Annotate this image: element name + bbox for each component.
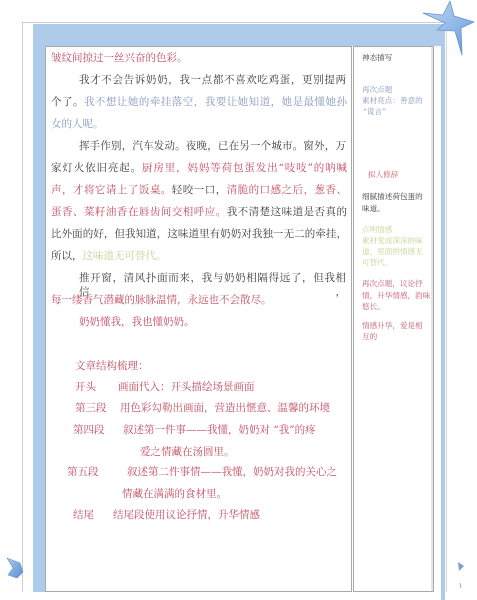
essay-line: 家灯火依旧亮起。厨房里，妈妈等荷包蛋发出“吱吱”的呐喊	[51, 161, 347, 175]
structure-row-label: 开头	[75, 380, 96, 394]
text-segment: 声，才将它请上了饭桌。	[51, 184, 172, 196]
text-segment: 这味道无可替代。	[83, 250, 167, 262]
annotation-line: 道，里面的情感无	[362, 247, 423, 257]
structure-row-label: 结尾	[73, 508, 94, 522]
essay-line: 个了。我不想让她的牵挂落空，我要让她知道，她是最懂她孙	[51, 95, 347, 109]
text-segment: 家灯火依旧亮起。	[51, 162, 142, 174]
annotation-line: 味道。	[362, 204, 385, 214]
essay-line: 每一缕香气潜藏的脉脉温情，永远也不会散尽。	[51, 293, 272, 307]
chevron-icon	[4, 552, 28, 584]
structure-title: 文章结构梳理：	[75, 359, 149, 373]
text-segment: 清脆的口感之后，葱香、	[227, 184, 347, 196]
text-segment: 个了。	[51, 96, 84, 108]
essay-line: 女的人呢。	[51, 117, 104, 131]
annotation-line: 点明情感	[362, 225, 392, 235]
text-segment: 皱纹间掠过一丝兴奋的色彩。	[51, 52, 188, 64]
structure-row-text: 结尾段使用议论抒情，升华情感	[113, 508, 260, 522]
essay-line: 推开窗，清风扑面而来，我与奶奶相隔得远了，但我相信，	[79, 271, 346, 285]
blue-frame-edge	[441, 590, 445, 600]
structure-row-text: 画面代入：开头描绘场景画面	[118, 380, 255, 394]
annotation-line: 再次点题，议论抒	[362, 279, 423, 289]
star-icon	[415, 0, 477, 60]
structure-row-text: 爱之情藏在汤圆里。	[140, 445, 235, 459]
annotation-line: 情感升华，爱是相	[362, 321, 423, 331]
essay-line: 皱纹间掠过一丝兴奋的色彩。	[51, 51, 188, 65]
essay-line: 所以，这味道无可替代。	[51, 249, 167, 263]
essay-line: 挥手作别，汽车发动。夜晚，已在另一个城市。窗外，万	[79, 139, 346, 153]
annotation-line: 再次点题	[362, 85, 392, 95]
structure-row-text: 叙述第一件事——我懂，奶奶对 “我”的疼	[123, 423, 316, 437]
text-segment: 每一缕香气潜藏的脉脉温情，永远也不会散尽。	[51, 294, 272, 306]
annotation-line: 情，升华情感，韵味	[362, 291, 430, 301]
annotation-line: 互的	[362, 332, 377, 342]
text-segment: 我才不会告诉奶奶，我一点都不喜欢吃鸡蛋，更别提两	[79, 74, 346, 86]
annotation-line: 素材变成深深的味	[362, 236, 423, 246]
triangle-icon	[455, 558, 469, 590]
annotation-line: “谎言”	[363, 107, 386, 117]
annotation-column	[353, 46, 434, 592]
structure-row-label: 第四段	[73, 423, 105, 437]
essay-line: 声，才将它请上了饭桌。轻咬一口，清脆的口感之后，葱香、	[51, 183, 347, 197]
annotation-line: 悠长。	[362, 302, 385, 312]
essay-line: 比外面的好，但我知道，这味道里有奶奶对我独一无二的牵挂，	[51, 227, 347, 241]
structure-row-text: 用色彩勾勒出画面，营造出惬意、温馨的环境	[120, 401, 330, 415]
structure-row-label: 第五段	[67, 465, 99, 479]
annotation-line: 拟人修辞	[368, 170, 398, 180]
essay-line: 蛋香、菜籽油香在唇齿间交相呼应。我不清楚这味道是否真的	[51, 205, 347, 219]
structure-row-label: 第三段	[75, 401, 107, 415]
text-segment: 轻咬一口，	[172, 184, 227, 196]
essay-line: 奶奶懂我，我也懂奶奶。	[79, 315, 195, 329]
text-segment: 我不想让她的牵挂落空，我要让她知道，她是最懂她孙	[84, 96, 347, 108]
text-segment: 蛋香、菜籽油香在唇齿间交相呼应。	[51, 206, 227, 218]
structure-row-text: 情藏在满满的食材里。	[122, 487, 227, 501]
annotation-line: 素材亮点：善意的	[362, 96, 423, 106]
text-segment: 挥手作别，汽车发动。夜晚，已在另一个城市。窗外，万	[79, 140, 346, 152]
text-segment: 我不清楚这味道是否真的	[227, 206, 347, 218]
text-segment: 奶奶懂我，我也懂奶奶。	[79, 316, 195, 328]
annotation-line: 可替代。	[362, 258, 392, 268]
essay-line: 我才不会告诉奶奶，我一点都不喜欢吃鸡蛋，更别提两	[79, 73, 346, 87]
text-segment: 厨房里，妈妈等荷包蛋发出“吱吱”的呐喊	[142, 162, 347, 174]
structure-row-text: 叙述第二件事情——我懂，奶奶对我的关心之	[127, 465, 337, 479]
text-segment: 比外面的好，但我知道，这味道里有奶奶对我独一无二的牵挂，	[51, 228, 347, 240]
annotation-line: 神态描写	[362, 53, 392, 63]
text-segment: 所以，	[51, 250, 83, 262]
text-segment: 女的人呢。	[51, 118, 104, 130]
annotation-line: 细腻描述荷包蛋的	[362, 192, 423, 202]
